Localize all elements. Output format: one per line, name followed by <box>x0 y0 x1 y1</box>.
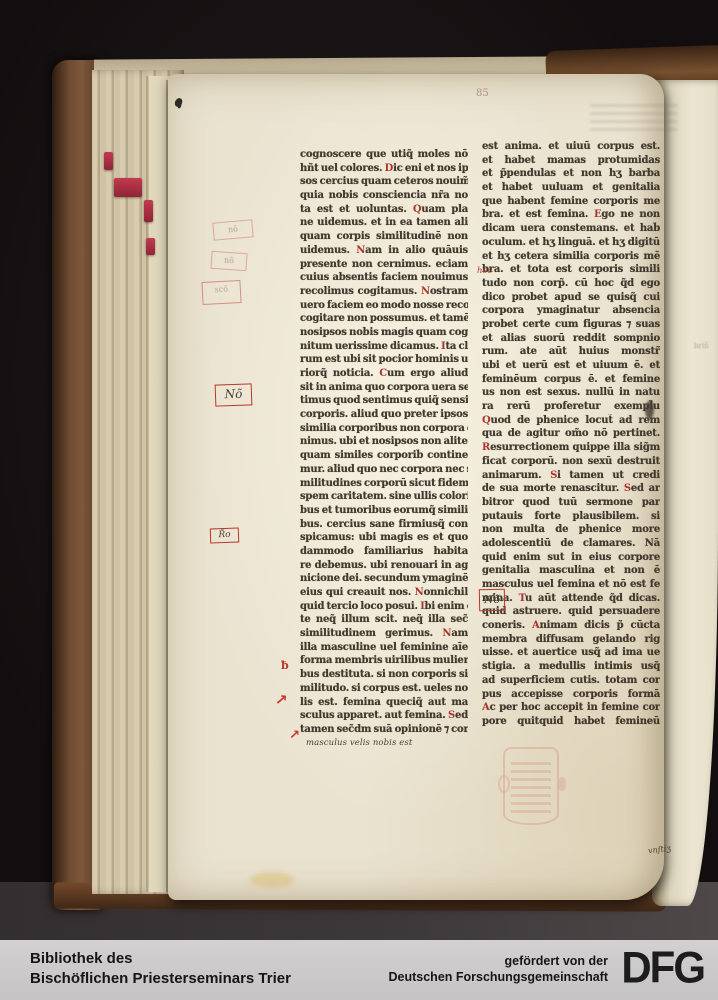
manuscript-line: bus et tumoribus eorumq̃ simili <box>300 504 468 518</box>
manuscript-line: recolimus cogitamus. Nostram <box>300 285 468 299</box>
manuscript-line: Quod de phenice locut̃ ad rem <box>482 414 660 428</box>
manuscript-line: corporis. aliud quo preter ipsos <box>300 408 468 422</box>
manuscript-line: putauis forte plausibilem. si <box>482 510 660 524</box>
rubric-initial: A <box>482 702 490 713</box>
manuscript-line: quid enim sut in eius corpore <box>482 551 660 565</box>
manuscript-line: et alias suorū reddit sompnio <box>482 332 660 346</box>
library-name-line2: Bischöflichen Priesterseminars Trier <box>30 969 291 989</box>
showthrough-text <box>590 100 678 136</box>
manuscript-line: rum. ate aūt huius monstr̃ <box>482 345 660 359</box>
faint-marginal-box: nõ <box>212 219 253 240</box>
manuscript-line: de sua morte renascitur. Sed ar <box>482 482 660 496</box>
text-column-left: cognoscere que utiq̃ moles nōhñt uel col… <box>300 148 468 737</box>
manuscript-line: probet certe cum figuras ⁊ suas <box>482 318 660 332</box>
nota-mark-box: Nõ <box>479 589 505 611</box>
manuscript-line: qua de agitur om̃o nō pertinet. <box>482 427 660 441</box>
rubric-initial: N <box>421 286 430 297</box>
manuscript-line: nimus. ubi et nosipsos non aliter <box>300 435 468 449</box>
library-name: Bibliothek des Bischöflichen Priestersem… <box>30 949 291 989</box>
manuscript-line: similitudinem gerimus. Nam <box>300 627 468 641</box>
red-margin-letter: ƀ <box>281 659 289 672</box>
rubric-initial: A <box>532 620 540 631</box>
manuscript-line: ra rerū proferetur exempl̃u <box>482 400 660 414</box>
manuscript-line: animarum. Si tamen ut credi <box>482 469 660 483</box>
manuscript-line: stigia. a medullis intimis usq̃ <box>482 660 660 674</box>
manuscript-line: oculum. et hʒ linguā. et hʒ digitū <box>482 236 660 250</box>
manuscript-line: mur. aliud quo nec corpora nec si <box>300 463 468 477</box>
manuscript-line: bus. cercius sane firmiusq̃ con <box>300 518 468 532</box>
manuscript-line: est anima. et uiuū corpus est. <box>482 140 660 154</box>
manuscript-line: masculus uel femina et nō est fe <box>482 578 660 592</box>
manuscript-line: bra. et tota est corporis simili <box>482 263 660 277</box>
manuscript-line: tudo non corp̃. cū hoc q̃d ego <box>482 277 660 291</box>
red-arrow-mark: ↗ <box>289 728 300 743</box>
manuscript-line: et p̃pendulas et non hʒ barba <box>482 167 660 181</box>
manuscript-line: presente non cernimus. eciam <box>300 258 468 272</box>
manuscript-line: tamen sec̃dm suā opinionē ⁊ corp̃ <box>300 723 468 737</box>
red-bookmark-tab <box>144 200 153 222</box>
manuscript-line: sculus apparet. aut femina. Sed <box>300 709 468 723</box>
manuscript-line: uidemus. Nam in alio quāuis <box>300 244 468 258</box>
rubric-initial: N <box>356 245 365 256</box>
manuscript-line: nosipsos nobis magis quam cog <box>300 326 468 340</box>
showthrough-text: briñ <box>694 342 714 354</box>
nota-mark-box: Nõ <box>215 383 253 406</box>
manuscript-line: et hʒ cetera similia corporis mē <box>482 250 660 264</box>
rubric-initial: R <box>482 442 490 453</box>
manuscript-photo: briñ 85 vnſtiʒ cognoscere que utiq̃ mole… <box>0 0 718 940</box>
rubric-initial: S <box>624 483 631 494</box>
manuscript-line: ad superficiem cutis. totam cor <box>482 674 660 688</box>
manuscript-line: genitalia masculina et non ē <box>482 564 660 578</box>
folio-number: 85 <box>476 88 489 99</box>
manuscript-line: timus quod sentimus quiq̃ sensib̃ <box>300 394 468 408</box>
hec-marginal-note: hec <box>477 266 492 276</box>
manuscript-line: us non est sexus. nullū in natu <box>482 386 660 400</box>
manuscript-line: riorq̃ noticia. Cum ergo aliud <box>300 367 468 381</box>
manuscript-line: uero faciem eo modo nosse recole <box>300 299 468 313</box>
manuscript-line: bus destituta. si non corporis si <box>300 668 468 682</box>
nota-mark-box: R̃o <box>210 527 240 543</box>
manuscript-line: corpora ymaginatur absencia <box>482 304 660 318</box>
manuscript-line: illa masculine uel feminine aīe <box>300 641 468 655</box>
rubric-initial: C <box>379 368 387 379</box>
manuscript-line: re debemus. ubi renouari in ag <box>300 559 468 573</box>
library-footer-bar: Bibliothek des Bischöflichen Priestersem… <box>0 940 718 1000</box>
rubric-initial: N <box>415 587 424 598</box>
manuscript-line: rum est ubi sit pocior hominis ue <box>300 353 468 367</box>
manuscript-line: militudines corporū sicut fidem <box>300 477 468 491</box>
manuscript-line: mina. Tu aūt attende q̃d dicas. <box>482 592 660 606</box>
manuscript-line: cuius absentis faciem nouimus <box>300 271 468 285</box>
manuscript-line: adolescentiū de clamares. Nā <box>482 537 660 551</box>
manuscript-line: dico probet apud se quisq̃ cui <box>482 291 660 305</box>
parchment-stain <box>250 872 294 888</box>
funding-credit: gefördert von der Deutschen Forschungsge… <box>389 953 609 985</box>
manuscript-line: ficat corporū. non sexū destruit <box>482 455 660 469</box>
dfg-logo: DFG <box>621 943 704 993</box>
red-arrow-mark: ↗ <box>274 691 288 710</box>
manuscript-line: Ac per hoc accepit in femine cor <box>482 701 660 715</box>
red-bookmark-tab <box>104 152 113 170</box>
manuscript-line: dammodo familiarius habita <box>300 545 468 559</box>
library-name-line1: Bibliothek des <box>30 949 291 969</box>
faint-marginal-box: scõ <box>201 280 241 305</box>
manuscript-line: quam corpis similitudinē non <box>300 230 468 244</box>
manuscript-line: forma membris uirilibus mulieri <box>300 654 468 668</box>
bottom-marginal-note: masculus velis nobis est <box>306 738 466 748</box>
library-stamp <box>503 747 559 825</box>
funding-line1: gefördert von der <box>389 953 609 969</box>
rubric-initial: S <box>448 710 455 721</box>
red-bookmark-tab <box>114 178 142 197</box>
manuscript-line: eius qui creauit nos. Nonnichil <box>300 586 468 600</box>
funding-line2: Deutschen Forschungsgemeinschaft <box>389 969 609 985</box>
manuscript-line: militudo. si corpus est. ueles no <box>300 682 468 696</box>
rubric-initial: N <box>442 628 451 639</box>
manuscript-line: quid astruere. quid persuadere <box>482 605 660 619</box>
manuscript-line: spicamus: ubi magis es et quo <box>300 531 468 545</box>
manuscript-line: bra. et est femina. Ego ne non <box>482 208 660 222</box>
manuscript-line: quia nobis consciencia nr̃a no <box>300 189 468 203</box>
rubric-initial: Q <box>482 415 491 426</box>
manuscript-line: pus accepisse corporis formā <box>482 688 660 702</box>
manuscript-line: ta est et uoluntas. Quam pla <box>300 203 468 217</box>
manuscript-line: te neq̃ illum scit. neq̃ illa sec̃ <box>300 613 468 627</box>
manuscript-line: et habet uuluam et genitalia <box>482 181 660 195</box>
manuscript-line: bitror quod tuū sermone par <box>482 496 660 510</box>
faint-marginal-box: nõ <box>210 251 247 271</box>
manuscript-line: membra diffusam gelando rig <box>482 633 660 647</box>
manuscript-line: coneris. Animam dicis p̃ cūcta <box>482 619 660 633</box>
manuscript-line: spem caritatem. sine ullis colori <box>300 490 468 504</box>
digitized-manuscript-viewer: briñ 85 vnſtiʒ cognoscere que utiq̃ mole… <box>0 0 718 1000</box>
manuscript-line: quid tercio loco posui. Ibi enim cer <box>300 600 468 614</box>
manuscript-line: ne uidemus. et in ea tamen ali <box>300 216 468 230</box>
manuscript-line: quam similes corporib̃ contine <box>300 449 468 463</box>
manuscript-line: lis est. femina queciq̃ aut ma <box>300 696 468 710</box>
manuscript-line: que habent femine corporis me <box>482 195 660 209</box>
manuscript-line: et habet mamas protumidas <box>482 154 660 168</box>
manuscript-line: pore quitquid habet femineū <box>482 715 660 729</box>
manuscript-line: non multa de phenice more <box>482 523 660 537</box>
manuscript-line: feminēum corpus ē. et femine <box>482 373 660 387</box>
manuscript-line: cogitare non possumus. et tamē <box>300 312 468 326</box>
manuscript-line: uisse. et auertice usq̃ ad ima ue <box>482 646 660 660</box>
manuscript-line: hñt uel colores. Dic eni et nos ip <box>300 162 468 176</box>
rubric-initial: D <box>385 163 393 174</box>
manuscript-line: similia corporibus non corpora cer <box>300 422 468 436</box>
manuscript-line: dicam uera constemans. et hab̃ <box>482 222 660 236</box>
manuscript-line: sit in anima quo corpora uera se <box>300 381 468 395</box>
manuscript-line: nicione dei. secundum ymaginē <box>300 572 468 586</box>
text-column-right: est anima. et uiuū corpus est.et habet m… <box>482 140 660 729</box>
manuscript-line: cognoscere que utiq̃ moles nō <box>300 148 468 162</box>
manuscript-line: sos cercius quam ceteros nouim̃ <box>300 175 468 189</box>
manuscript-line: nitum uerissime dicamus. Ita cla <box>300 340 468 354</box>
manuscript-line: Resurrectionem quippe illa sig̃m <box>482 441 660 455</box>
manuscript-line: ubi et uerū est et uiuum ē. et <box>482 359 660 373</box>
red-bookmark-tab <box>146 238 155 255</box>
